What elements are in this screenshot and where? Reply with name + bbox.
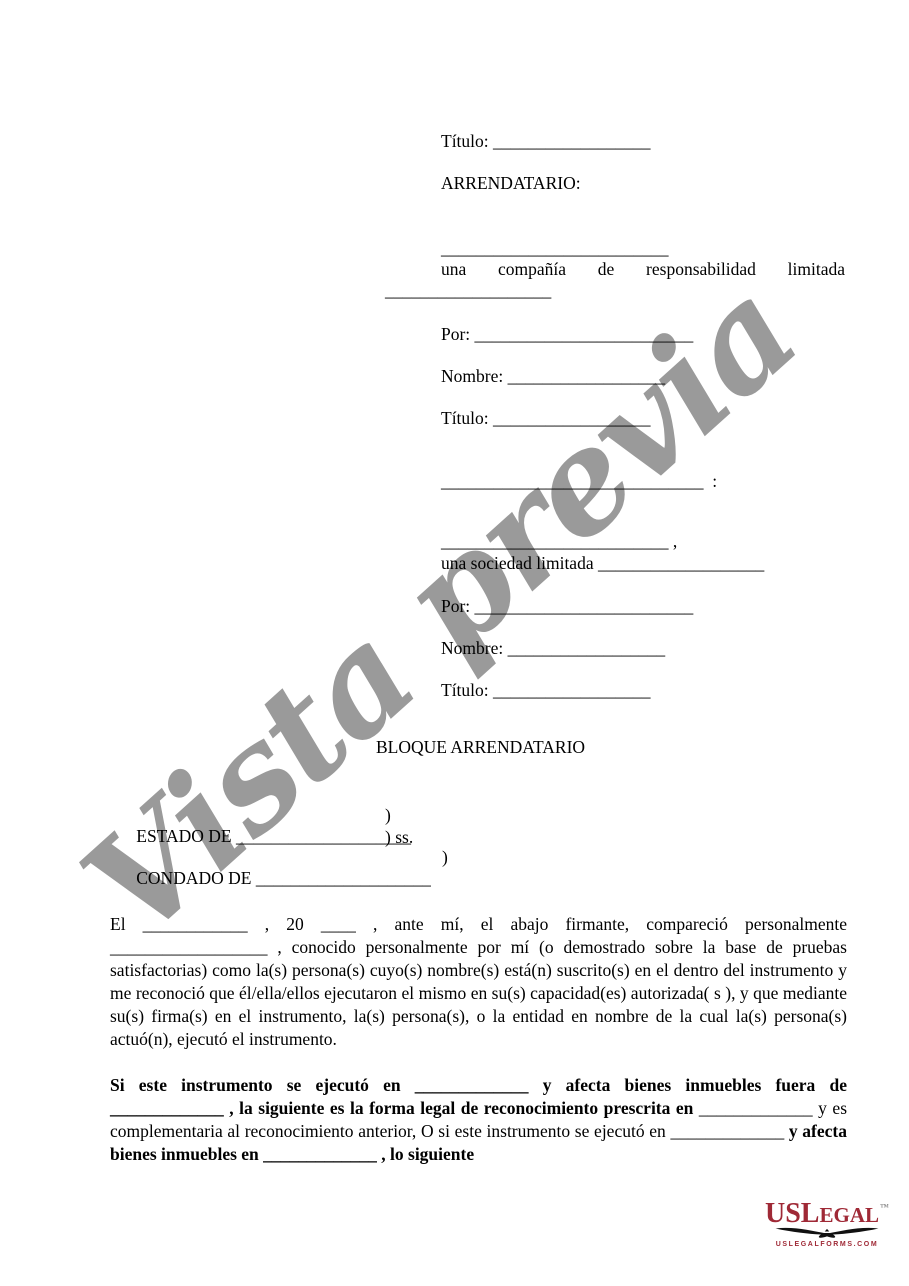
- wordmark-egal: EGAL: [819, 1203, 879, 1227]
- eagle-icon: [774, 1226, 880, 1240]
- uslegal-wordmark: USLEGAL™: [752, 1199, 902, 1228]
- nombre-line-2: Nombre: __________________: [441, 638, 665, 659]
- uslegalforms-url: USLEGALFORMS.COM: [752, 1241, 902, 1248]
- entity-name-line: ______________________________ :: [441, 471, 717, 492]
- nombre-line-1: Nombre: __________________: [441, 366, 665, 387]
- company-description-line: una compañía de responsabilidad limitada: [441, 259, 845, 280]
- company-blank-line-2: ___________________: [385, 280, 551, 301]
- uslegal-logo[interactable]: USLEGAL™ USLEGALFORMS.COM: [752, 1199, 902, 1248]
- titulo-line-3: Título: __________________: [441, 680, 651, 701]
- por-line-2: Por: _________________________: [441, 596, 693, 617]
- estado-de-text: ESTADO DE ____________________: [136, 826, 411, 846]
- ss-marker: ) ss.: [385, 827, 413, 848]
- estado-paren: ): [385, 805, 391, 826]
- titulo-line-2: Título: __________________: [441, 408, 651, 429]
- arrendatario-label: ARRENDATARIO:: [441, 173, 581, 194]
- acknowledgment-paragraph: El ____________ , 20 ____ , ante mí, el …: [110, 913, 847, 1051]
- trademark-symbol: ™: [880, 1202, 889, 1212]
- condado-de-text: CONDADO DE ____________________: [136, 868, 431, 888]
- sociedad-limitada-line: una sociedad limitada __________________…: [441, 553, 764, 574]
- document-page: Vista previa Título: __________________ …: [0, 0, 909, 1286]
- condado-paren: ): [442, 847, 448, 868]
- por-line-1: Por: _________________________: [441, 324, 693, 345]
- entity-blank-comma-line: __________________________ ,: [441, 531, 677, 552]
- wordmark-l: L: [801, 1198, 820, 1229]
- wordmark-us: US: [765, 1198, 801, 1229]
- bloque-arrendatario-heading: BLOQUE ARRENDATARIO: [0, 737, 909, 758]
- document-content: Título: __________________ ARRENDATARIO:…: [0, 0, 909, 1286]
- titulo-line-1: Título: __________________: [441, 131, 651, 152]
- closing-paragraph: Si este instrumento se ejecutó en ______…: [110, 1074, 847, 1166]
- company-blank-line: __________________________: [441, 238, 669, 259]
